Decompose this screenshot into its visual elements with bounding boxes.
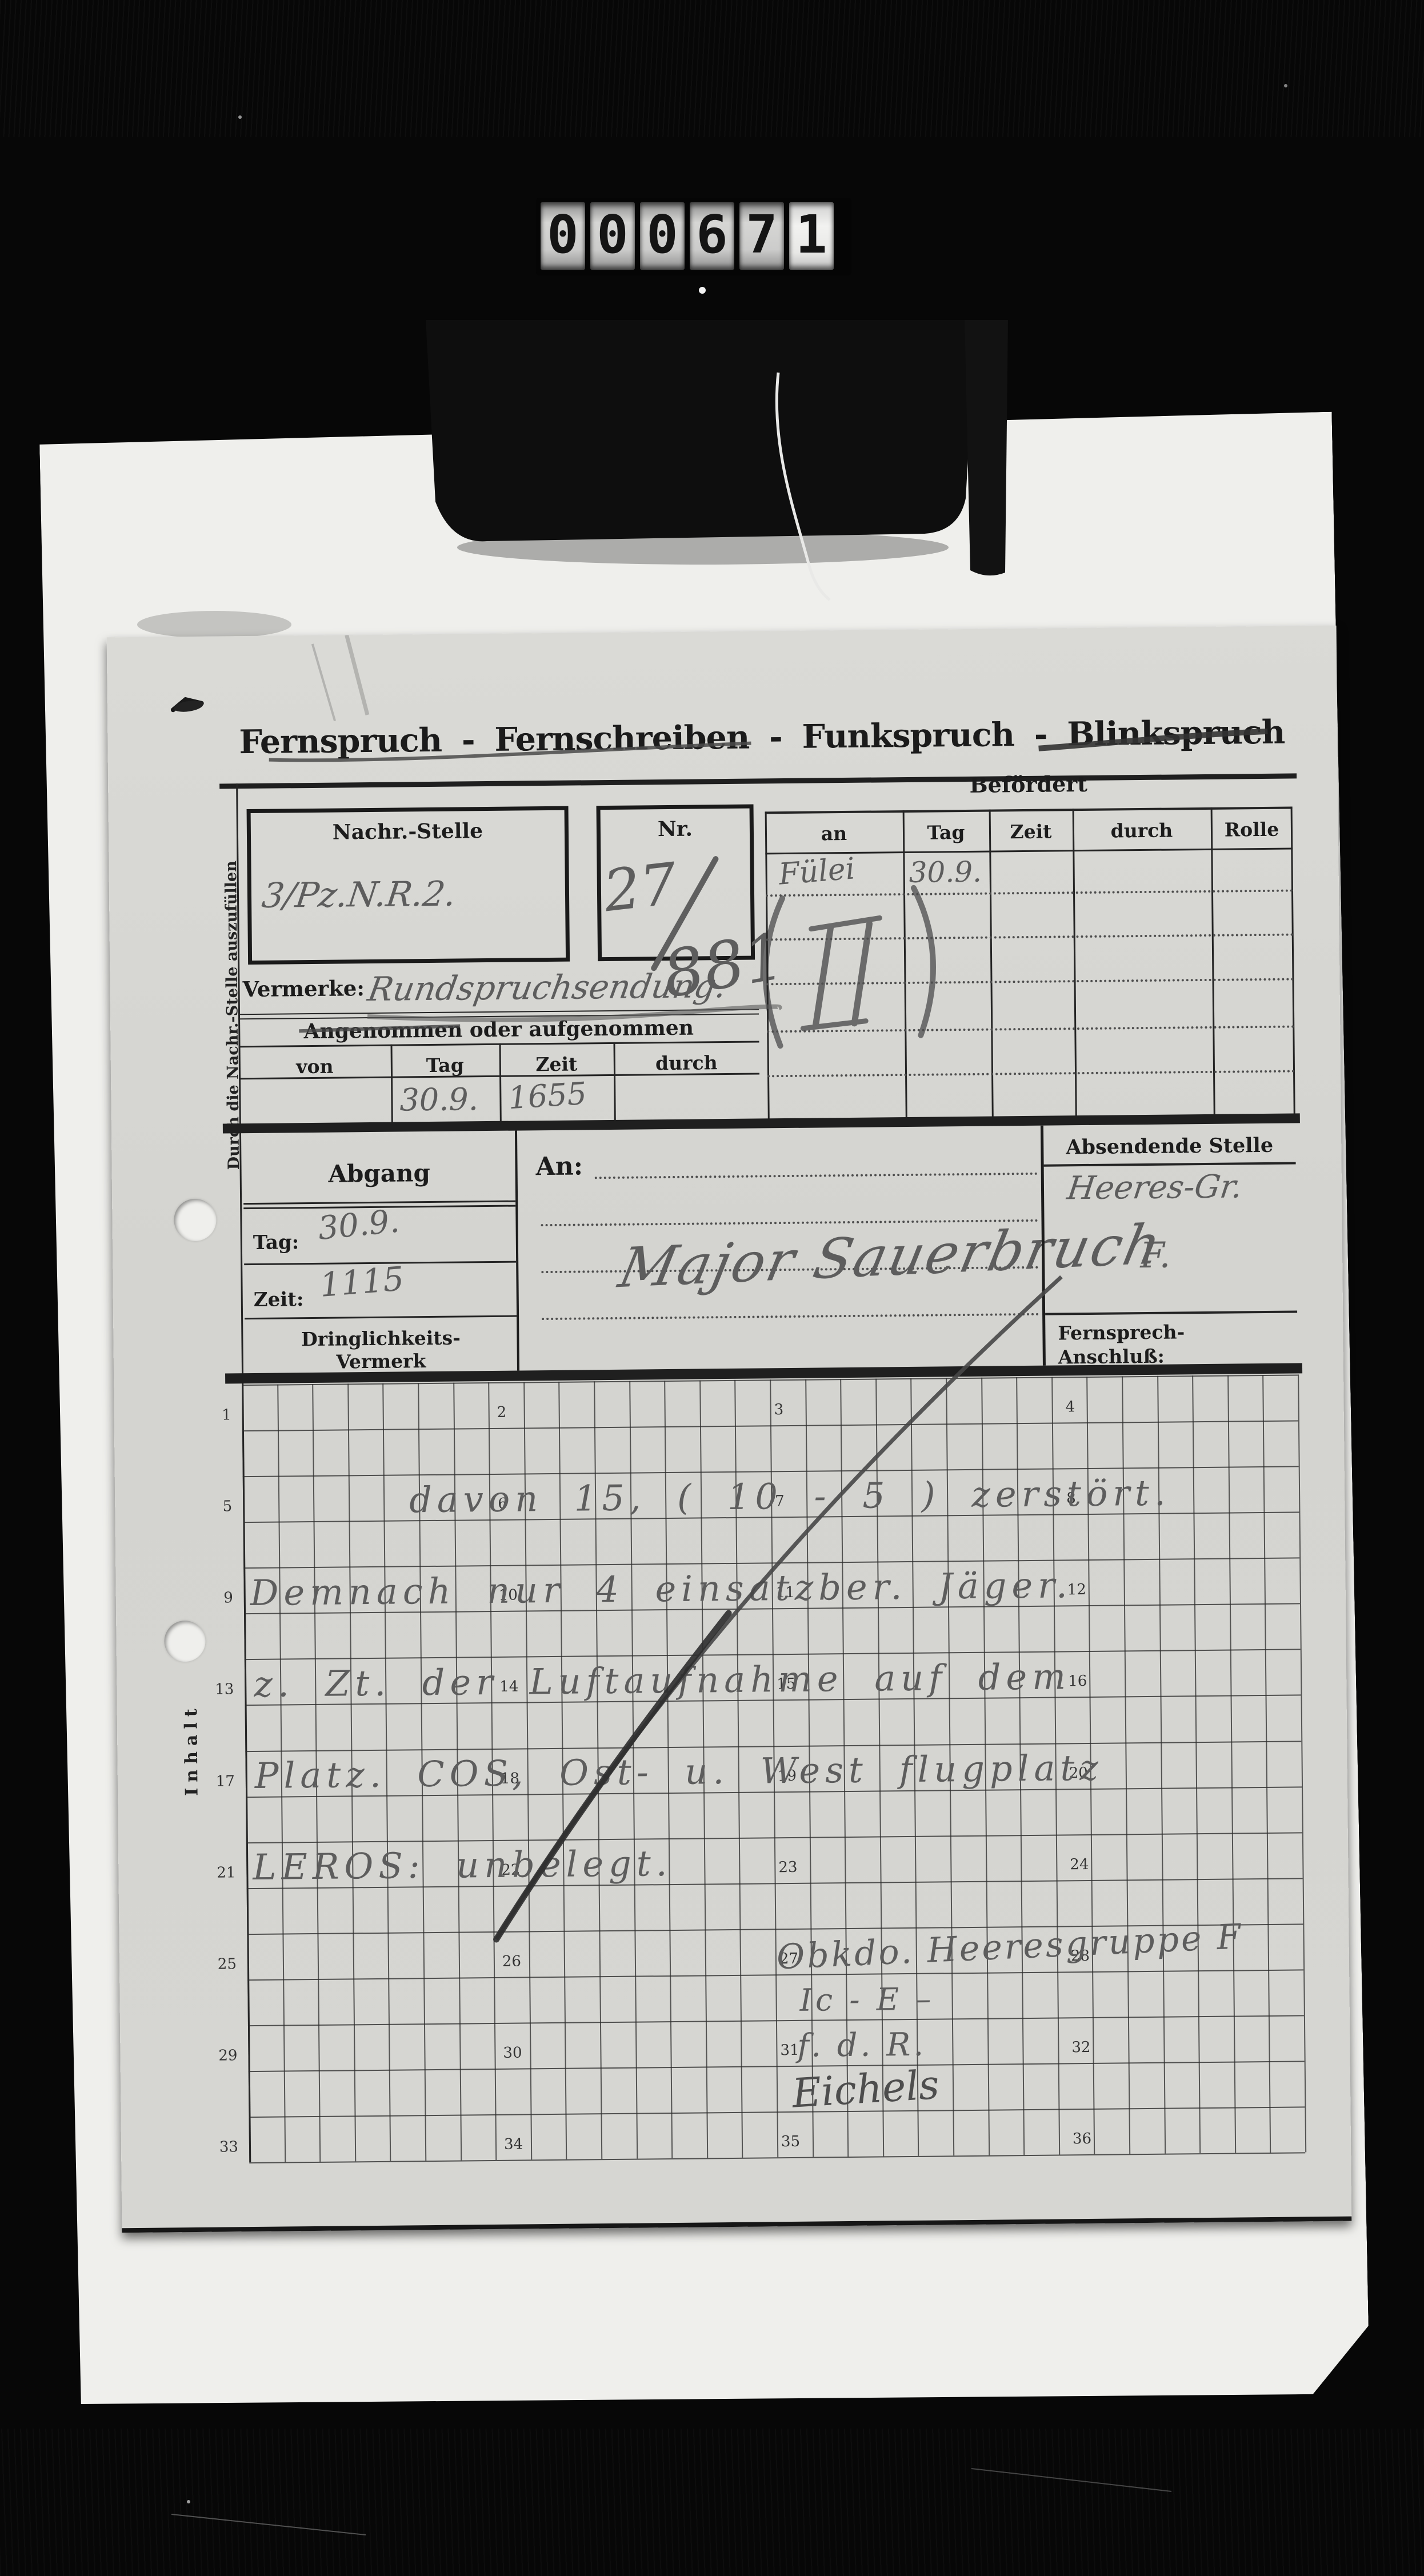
message-form-page: Fernspruch - Fernschreiben - Funkspruch … [107,626,1352,2233]
hole-punch-bottom [164,1621,206,1662]
counter-digit: 1 [789,202,834,270]
counter-digit: 0 [590,202,635,270]
grid-cell-number: 25 [205,1955,237,1973]
signature-fdr: f. d. R. [797,2025,926,2066]
grid-cell-number: 1 [200,1406,231,1424]
scanned-document-photo: 0 0 0 6 7 1 Fernspruch - Fernschreiben -… [0,0,1424,2576]
grid-cell-number: 21 [204,1864,235,1882]
signature-ic: Ic - E – [799,1979,934,2021]
grid-vline [1192,1375,1201,2153]
signature-name: Eichels [791,2065,940,2114]
grid-cell-number: 34 [504,2136,523,2153]
film-grain-bottom [0,2429,1424,2576]
grid-vline [242,1385,250,2162]
grid-cell-number: 33 [207,2138,238,2156]
message-line: davon 15, ( 10 - 5 ) zerstört. [409,1472,1171,1522]
grid-cell-number: 31 [780,2042,799,2059]
counter-digit: 0 [541,202,585,270]
grid-cell-number: 5 [201,1498,232,1515]
hole-punch-top [174,1199,217,1242]
grid-cell-number: 9 [202,1589,233,1607]
grid-cell-number: 35 [781,2133,800,2150]
grid-cell-number: 32 [1071,2039,1090,2056]
message-line: LEROS: unbelegt. [253,1842,673,1889]
grid-cell-number: 17 [203,1773,235,1790]
counter-digit: 6 [690,202,734,270]
message-line: Platz. COS, Ost- u. West flugplatz [254,1747,1103,1797]
grid-vline [1263,1375,1271,2153]
counter-digit: 7 [739,202,784,270]
message-line: z. Zt. der Luftaufnahme auf dem [254,1655,1071,1706]
message-line: Demnach nur 4 einsatzber. Jäger. [250,1564,1073,1614]
message-grid: 1234567891011121314151617181920212223242… [107,626,1352,2233]
grid-cell-number: 26 [502,1953,521,1970]
grid-cell-number: 23 [778,1859,797,1876]
grid-cell-number: 30 [503,2045,522,2062]
grid-cell-number: 2 [497,1404,507,1421]
grid-vline [1298,1374,1306,2152]
counter-digit: 0 [640,202,685,270]
grid-cell-number: 4 [1066,1398,1075,1415]
grid-cell-number: 24 [1070,1856,1089,1873]
grid-vline [1227,1375,1236,2153]
film-grain-top [0,0,1424,137]
counter-readout: 0 0 0 6 7 1 [536,198,851,275]
grid-cell-number: 36 [1073,2130,1091,2147]
grid-cell-number: 13 [202,1681,234,1698]
grid-cell-number: 29 [206,2047,237,2065]
grid-cell-number: 3 [774,1401,784,1418]
